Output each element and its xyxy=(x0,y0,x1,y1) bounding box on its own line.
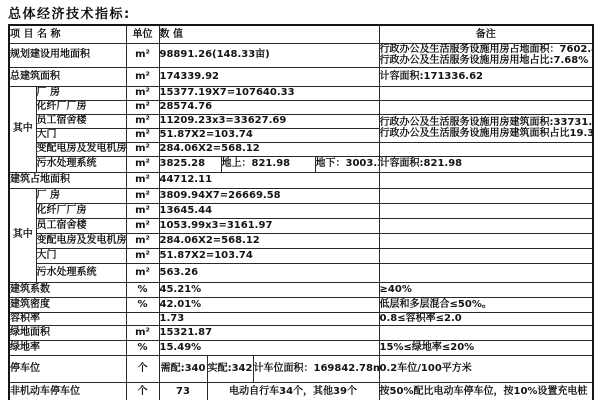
remark-line: 行政办公及生活服务设施用房建筑面积占比19.34% xyxy=(380,128,593,140)
value-cell: 28574.76 xyxy=(159,100,379,114)
unit-cell: % xyxy=(126,297,159,312)
value-above-ground-cell: 地上：821.98 xyxy=(221,156,315,172)
item-label: 大门 xyxy=(36,248,126,263)
unit-cell: m² xyxy=(126,128,159,142)
remark-cell: 低层和多层混合≤50%。 xyxy=(379,297,593,312)
remark-cell xyxy=(379,233,593,248)
value-cell: 1053.99x3=3161.97 xyxy=(159,218,379,233)
col-header-unit: 单位 xyxy=(126,25,159,43)
table-row-building-footprint: 建筑占地面积 m² 44712.11 xyxy=(9,172,593,188)
value-cell: 1.73 xyxy=(159,312,379,325)
unit-cell: m² xyxy=(126,86,159,100)
parking-provided-cell: 实配:342 xyxy=(207,355,253,382)
value-cell: 3809.94X7=26669.58 xyxy=(159,188,379,203)
unit-cell: m² xyxy=(126,188,159,203)
unit-cell: m² xyxy=(126,248,159,263)
remark-cell xyxy=(379,248,593,263)
unit-cell: m² xyxy=(126,263,159,282)
value-cell: 15321.87 xyxy=(159,325,379,340)
among-which-label: 其中 xyxy=(9,188,36,282)
value-cell: 284.06X2=568.12 xyxy=(159,142,379,156)
value-cell: 51.87X2=103.74 xyxy=(159,128,379,142)
item-label: 绿地面积 xyxy=(9,325,126,340)
item-label: 厂 房 xyxy=(36,86,126,100)
col-header-remark: 备注 xyxy=(379,25,593,43)
remark-cell xyxy=(379,263,593,282)
value-cell: 3825.28 xyxy=(159,156,221,172)
item-label: 污水处理系统 xyxy=(36,263,126,282)
remark-cell: 0.8≤容积率≤2.0 xyxy=(379,312,593,325)
remark-cell xyxy=(379,172,593,188)
table-row-g2-dormitory: 员工宿舍楼 m² 1053.99x3=3161.97 xyxy=(9,218,593,233)
table-row-g2-fiber-plant: 化纤厂厂房 m² 13645.44 xyxy=(9,203,593,218)
item-label: 员工宿舍楼 xyxy=(36,218,126,233)
table-row-g1-power-room: 变配电房及发电机房 m² 284.06X2=568.12 xyxy=(9,142,593,156)
item-label: 变配电房及发电机房 xyxy=(36,233,126,248)
unit-cell: m² xyxy=(126,233,159,248)
parking-required-cell: 需配:340 xyxy=(159,355,207,382)
item-label: 建筑占地面积 xyxy=(9,172,126,188)
value-below-ground-cell: 地下：3003.30 xyxy=(315,156,379,172)
value-cell: 11209.23x3=33627.69 xyxy=(159,114,379,128)
indicators-table: 项 目 名 称 单位 数 值 备注 规划建设用地面积 m² 98891.26(1… xyxy=(8,24,594,400)
item-label: 化纤厂厂房 xyxy=(36,203,126,218)
unit-cell xyxy=(126,312,159,325)
table-row-green-rate: 绿地率 % 15.49% 15%≤绿地率≤20% xyxy=(9,340,593,355)
among-which-label: 其中 xyxy=(9,86,36,172)
value-cell: 44712.11 xyxy=(159,172,379,188)
unit-cell: m² xyxy=(126,218,159,233)
unit-cell: m² xyxy=(126,203,159,218)
col-header-value: 数 值 xyxy=(159,25,379,43)
value-cell: 563.26 xyxy=(159,263,379,282)
item-label: 大门 xyxy=(36,128,126,142)
item-label: 厂 房 xyxy=(36,188,126,203)
nonmotor-count-cell: 73 xyxy=(159,382,207,400)
remark-cell: 计容面积:821.98 xyxy=(379,156,593,172)
item-label: 污水处理系统 xyxy=(36,156,126,172)
unit-cell: m² xyxy=(126,67,159,86)
value-cell: 174339.92 xyxy=(159,67,379,86)
table-row-g2-power-room: 变配电房及发电机房 m² 284.06X2=568.12 xyxy=(9,233,593,248)
unit-cell: % xyxy=(126,340,159,355)
table-row-building-density: 建筑密度 % 42.01% 低层和多层混合≤50%。 xyxy=(9,297,593,312)
col-header-item: 项 目 名 称 xyxy=(9,25,126,43)
table-row-g1-dormitory: 员工宿舍楼 m² 11209.23x3=33627.69 行政办公及生活服务设施… xyxy=(9,114,593,128)
table-row-building-coefficient: 建筑系数 % 45.21% ≥40% xyxy=(9,282,593,297)
value-cell: 284.06X2=568.12 xyxy=(159,233,379,248)
item-label: 总建筑面积 xyxy=(9,67,126,86)
value-cell: 15377.19X7=107640.33 xyxy=(159,86,379,100)
remark-cell: ≥40% xyxy=(379,282,593,297)
unit-cell: m² xyxy=(126,172,159,188)
table-row-g1-sewage: 污水处理系统 m² 3825.28 地上：821.98 地下：3003.30 计… xyxy=(9,156,593,172)
parking-area-cell: 计车位面积：169842.78m² xyxy=(253,355,379,382)
value-cell: 45.21% xyxy=(159,282,379,297)
value-cell: 51.87X2=103.74 xyxy=(159,248,379,263)
unit-cell: m² xyxy=(126,142,159,156)
remark-cell xyxy=(379,218,593,233)
unit-cell: % xyxy=(126,282,159,297)
item-label: 化纤厂厂房 xyxy=(36,100,126,114)
table-row-g2-gate: 大门 m² 51.87X2=103.74 xyxy=(9,248,593,263)
item-label: 建筑密度 xyxy=(9,297,126,312)
table-row-green-area: 绿地面积 m² 15321.87 xyxy=(9,325,593,340)
item-label: 建筑系数 xyxy=(9,282,126,297)
remark-line: 行政办公及生活服务设施用房建筑面积:33731.43m² xyxy=(380,117,593,129)
unit-cell: m² xyxy=(126,114,159,128)
table-row-g1-fiber-plant: 化纤厂厂房 m² 28574.76 xyxy=(9,100,593,114)
remark-line: 行政办公及生活服务设施用房占地面积：7602.49m² xyxy=(380,44,593,56)
item-label: 员工宿舍楼 xyxy=(36,114,126,128)
table-row-g2-sewage: 污水处理系统 m² 563.26 xyxy=(9,263,593,282)
item-label: 绿地率 xyxy=(9,340,126,355)
value-cell: 98891.26(148.33亩) xyxy=(159,43,379,67)
table-row-floor-area-ratio: 容积率 1.73 0.8≤容积率≤2.0 xyxy=(9,312,593,325)
remark-cell: 0.2车位/100平方米 xyxy=(379,355,593,382)
table-row-g1-factory: 其中 厂 房 m² 15377.19X7=107640.33 xyxy=(9,86,593,100)
table-row-g2-factory: 其中 厂 房 m² 3809.94X7=26669.58 xyxy=(9,188,593,203)
item-label: 规划建设用地面积 xyxy=(9,43,126,67)
value-cell: 42.01% xyxy=(159,297,379,312)
unit-cell: m² xyxy=(126,43,159,67)
table-row-nonmotor-parking: 非机动车停车位 个 73 电动自行车34个，其他39个 按50%配比电动车停车位… xyxy=(9,382,593,400)
remark-cell: 行政办公及生活服务设施用房建筑面积:33731.43m² 行政办公及生活服务设施… xyxy=(379,114,593,142)
remark-cell xyxy=(379,86,593,100)
remark-line: 行政办公及生活服务设施用房用地占比:7.68% xyxy=(380,55,593,67)
unit-cell: m² xyxy=(126,100,159,114)
unit-cell: m² xyxy=(126,325,159,340)
item-label: 停车位 xyxy=(9,355,126,382)
remark-cell: 15%≤绿地率≤20% xyxy=(379,340,593,355)
table-row-planned-land-area: 规划建设用地面积 m² 98891.26(148.33亩) 行政办公及生活服务设… xyxy=(9,43,593,67)
remark-cell xyxy=(379,325,593,340)
remark-cell: 按50%配比电动车停车位，按10%设置充电桩 xyxy=(379,382,593,400)
value-cell: 13645.44 xyxy=(159,203,379,218)
value-cell: 15.49% xyxy=(159,340,379,355)
page-title: 总体经济技术指标: xyxy=(0,0,600,24)
unit-cell: 个 xyxy=(126,355,159,382)
table-row-total-floor-area: 总建筑面积 m² 174339.92 计容面积:171336.62 xyxy=(9,67,593,86)
remark-cell: 行政办公及生活服务设施用房占地面积：7602.49m² 行政办公及生活服务设施用… xyxy=(379,43,593,67)
item-label: 非机动车停车位 xyxy=(9,382,126,400)
item-label: 变配电房及发电机房 xyxy=(36,142,126,156)
item-label: 容积率 xyxy=(9,312,126,325)
remark-cell xyxy=(379,203,593,218)
remark-cell xyxy=(379,188,593,203)
unit-cell: m² xyxy=(126,156,159,172)
unit-cell: 个 xyxy=(126,382,159,400)
remark-cell xyxy=(379,100,593,114)
remark-cell xyxy=(379,142,593,156)
header-row: 项 目 名 称 单位 数 值 备注 xyxy=(9,25,593,43)
remark-cell: 计容面积:171336.62 xyxy=(379,67,593,86)
nonmotor-detail-cell: 电动自行车34个，其他39个 xyxy=(207,382,379,400)
table-row-parking: 停车位 个 需配:340 实配:342 计车位面积：169842.78m² 0.… xyxy=(9,355,593,382)
